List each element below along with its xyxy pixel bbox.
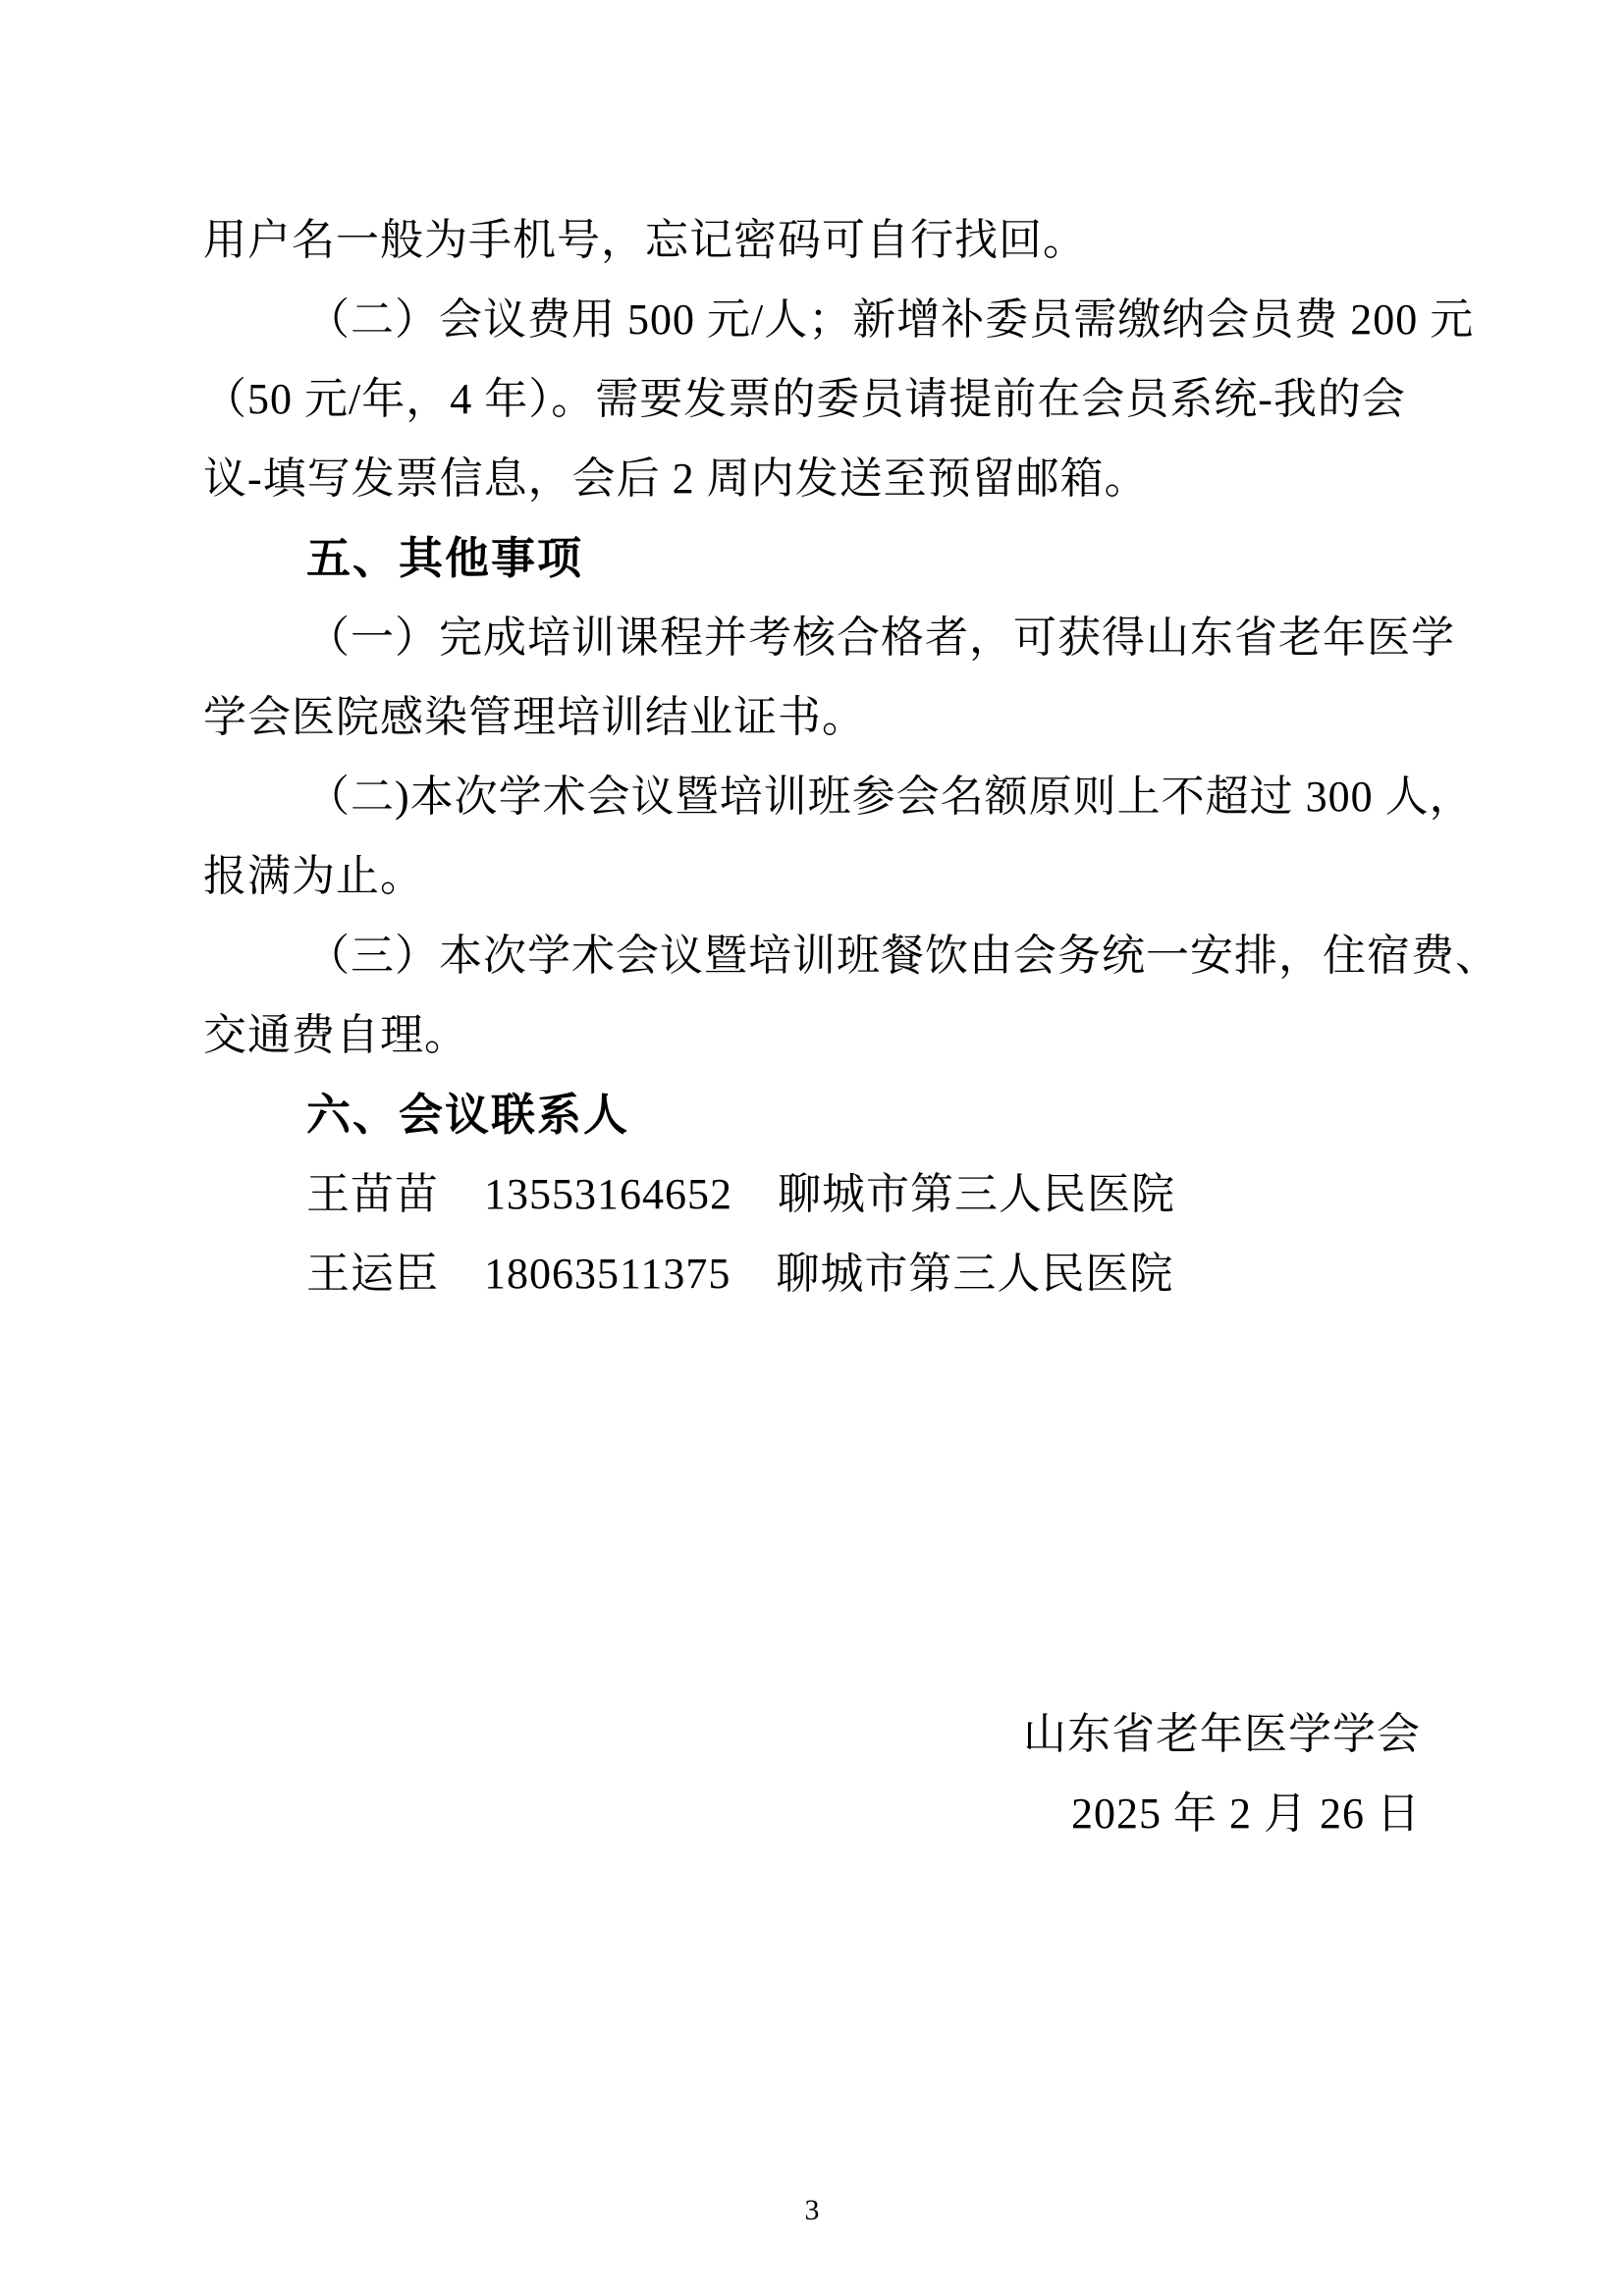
body-line: 学会医院感染管理培训结业证书。 xyxy=(203,677,1421,757)
body-line: （一）完成培训课程并考核合格者，可获得山东省老年医学 xyxy=(203,598,1421,677)
page-footer: 3 xyxy=(0,2191,1624,2230)
body-line: 议-填写发票信息，会后 2 周内发送至预留邮箱。 xyxy=(203,439,1421,518)
contact-row: 王运臣 18063511375 聊城市第三人民医院 xyxy=(203,1234,1421,1313)
section-heading-contacts: 六、会议联系人 xyxy=(203,1075,1421,1154)
contact-name: 王苗苗 xyxy=(306,1154,439,1234)
contact-name: 王运臣 xyxy=(306,1234,439,1313)
document-page: 用户名一般为手机号，忘记密码可自行找回。 （二）会议费用 500 元/人；新增补… xyxy=(0,0,1624,2296)
body-line: 报满为止。 xyxy=(203,836,1421,916)
contact-hospital: 聊城市第三人民医院 xyxy=(778,1154,1175,1234)
body-line: 用户名一般为手机号，忘记密码可自行找回。 xyxy=(203,200,1421,280)
contact-phone: 13553164652 xyxy=(484,1154,732,1234)
contact-row: 王苗苗 13553164652 聊城市第三人民医院 xyxy=(203,1154,1421,1234)
section-heading-other-matters: 五、其他事项 xyxy=(203,518,1421,598)
contact-hospital: 聊城市第三人民医院 xyxy=(776,1234,1173,1313)
body-line: （二）会议费用 500 元/人；新增补委员需缴纳会员费 200 元 xyxy=(203,280,1421,359)
body-line: （二)本次学术会议暨培训班参会名额原则上不超过 300 人， xyxy=(203,757,1421,836)
body-line: 交通费自理。 xyxy=(203,995,1421,1075)
document-body: 用户名一般为手机号，忘记密码可自行找回。 （二）会议费用 500 元/人；新增补… xyxy=(203,200,1421,1853)
signature-date: 2025 年 2 月 26 日 xyxy=(203,1774,1421,1853)
body-line: （50 元/年，4 年）。需要发票的委员请提前在会员系统-我的会 xyxy=(203,359,1421,439)
signature-organization: 山东省老年医学学会 xyxy=(203,1694,1421,1774)
page-number: 3 xyxy=(805,2194,820,2226)
body-line: （三）本次学术会议暨培训班餐饮由会务统一安排，住宿费、 xyxy=(203,916,1421,995)
contact-phone: 18063511375 xyxy=(484,1234,731,1313)
